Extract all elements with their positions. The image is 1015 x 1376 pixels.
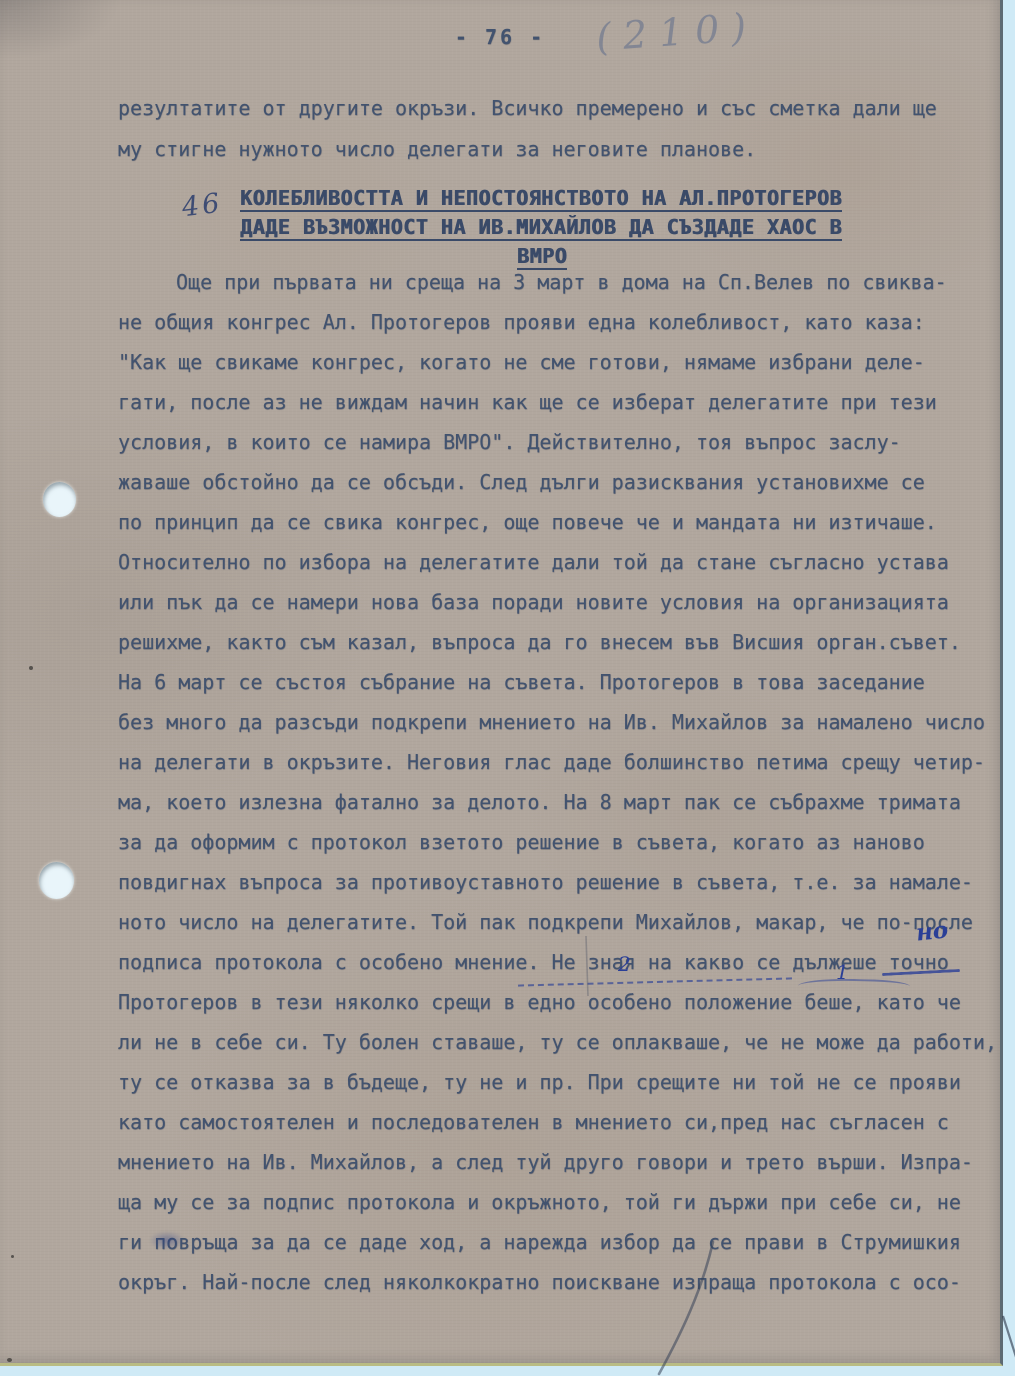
text-line: за да оформим с протокол взетото решение…: [118, 822, 997, 862]
text-line: ното число на делегатите. Той пак подкре…: [118, 902, 997, 942]
text-line: или пък да се намери нова база поради но…: [118, 582, 997, 622]
text-line: "Как ще свикаме конгрес, когато не сме г…: [118, 342, 997, 382]
text-line: ща му се за подпис протокола и окръжното…: [118, 1182, 997, 1222]
text-line: Още при първата ни среща на 3 март в дом…: [118, 262, 997, 302]
text-line: резултатите от другите окръзи. Всичко пр…: [118, 88, 937, 129]
text-line: не общия конгрес Ал. Протогеров прояви е…: [118, 302, 997, 342]
paper-sheet: - 76 - (210) резултатите от другите окръ…: [0, 0, 1003, 1366]
text-line: ги повръща за да се даде ход, а нарежда …: [118, 1222, 997, 1262]
punch-hole: [39, 862, 74, 899]
main-paragraph: Още при първата ни среща на 3 март в дом…: [118, 262, 997, 1302]
text-line: жаваше обстойно да се обсъди. След дълги…: [118, 462, 997, 502]
paper-speck: [7, 1358, 12, 1362]
text-line: Протогеров в тези няколко срещи в едно о…: [118, 982, 997, 1022]
text-line: по принцип да се свика конгрес, още пове…: [118, 502, 997, 542]
section-heading: КОЛЕБЛИВОСТТА И НЕПОСТОЯНСТВОТО НА АЛ.ПР…: [240, 186, 844, 273]
text-line: мнението на Ив. Михайлов, а след туй дру…: [118, 1142, 997, 1182]
paper-speck: [29, 666, 33, 670]
handwritten-order-mark: 2: [618, 952, 631, 976]
page-number: - 76 -: [0, 22, 1000, 52]
scanned-page: - 76 - (210) резултатите от другите окръ…: [0, 0, 1015, 1376]
handwritten-correction: но: [915, 916, 950, 946]
text-line: решихме, както съм казал, въпроса да го …: [118, 622, 997, 662]
text-line: на делегати в окръзите. Неговия глас дад…: [118, 742, 997, 782]
intro-paragraph: резултатите от другите окръзи. Всичко пр…: [118, 88, 937, 170]
text-line: без много да разсъди подкрепи мнението н…: [118, 702, 997, 742]
text-line: окръг. Най-после след няколкократно поис…: [118, 1262, 997, 1302]
text-line: На 6 март се състоя събрание на съвета. …: [118, 662, 997, 702]
punch-hole: [43, 482, 76, 517]
text-line: ли не в себе си. Ту болен ставаше, ту се…: [118, 1022, 997, 1062]
heading-line: ДАДЕ ВЪЗМОЖНОСТ НА ИВ.МИХАЙЛОВ ДА СЪЗДАД…: [240, 215, 842, 241]
text-line: като самостоятелен и последователен в мн…: [118, 1102, 997, 1142]
text-line: ма, което излезна фатално за делото. На …: [118, 782, 997, 822]
text-line: условия, в които се намира ВМРО". Действ…: [118, 422, 997, 462]
ink-smudge: [149, 1231, 185, 1250]
paper-speck: [11, 1255, 14, 1258]
text-line: подписа протокола с особено мнение. Не з…: [118, 942, 997, 982]
text-line: ту се отказва за в бъдеще, ту не и пр. П…: [118, 1062, 997, 1102]
text-line: му стигне нужното число делегати за него…: [118, 129, 937, 170]
text-line: повдигнах въпроса за противоуставното ре…: [118, 862, 997, 902]
handwritten-section-number: 46: [180, 188, 224, 224]
heading-line: КОЛЕБЛИВОСТТА И НЕПОСТОЯНСТВОТО НА АЛ.ПР…: [240, 186, 842, 212]
text-line: Относително по избора на делегатите дали…: [118, 542, 997, 582]
text-line: гати, после аз не виждам начин как ще се…: [118, 382, 997, 422]
